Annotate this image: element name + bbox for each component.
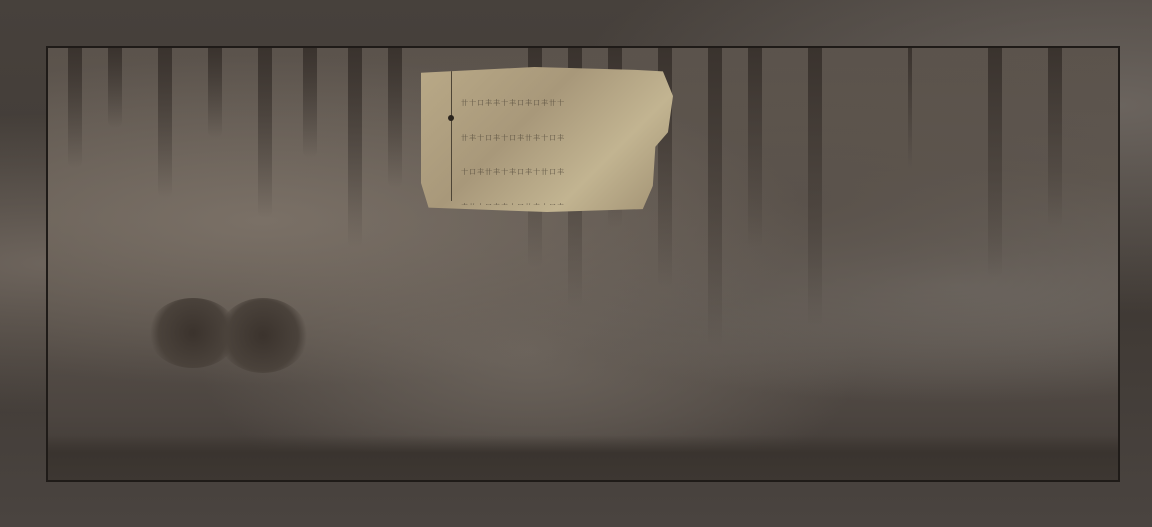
fragment-hole xyxy=(448,115,454,121)
fragment-margin-line xyxy=(451,71,452,201)
paper-fragment: 卄十口丰丰十丰口丰口丰卄十 卄丰十口丰十口丰卄丰十口丰 十口丰卄丰十丰口丰十卄口… xyxy=(421,67,673,212)
script-line: 十口丰卄丰十丰口丰十卄口丰 xyxy=(461,167,659,179)
wooden-frame: 卄十口丰丰十丰口丰口丰卄十 卄丰十口丰十口丰卄丰十口丰 十口丰卄丰十丰口丰十卄口… xyxy=(0,0,1152,527)
script-line: 丰卄十口丰丰十口卄丰十口丰 xyxy=(461,202,659,206)
fragment-script: 卄十口丰丰十丰口丰口丰卄十 卄丰十口丰十口丰卄丰十口丰 十口丰卄丰十丰口丰十卄口… xyxy=(461,75,659,205)
script-line: 卄丰十口丰十口丰卄丰十口丰 xyxy=(461,133,659,145)
water-stain xyxy=(218,298,308,373)
stain-band xyxy=(48,435,1118,480)
script-line: 卄十口丰丰十丰口丰口丰卄十 xyxy=(461,98,659,110)
